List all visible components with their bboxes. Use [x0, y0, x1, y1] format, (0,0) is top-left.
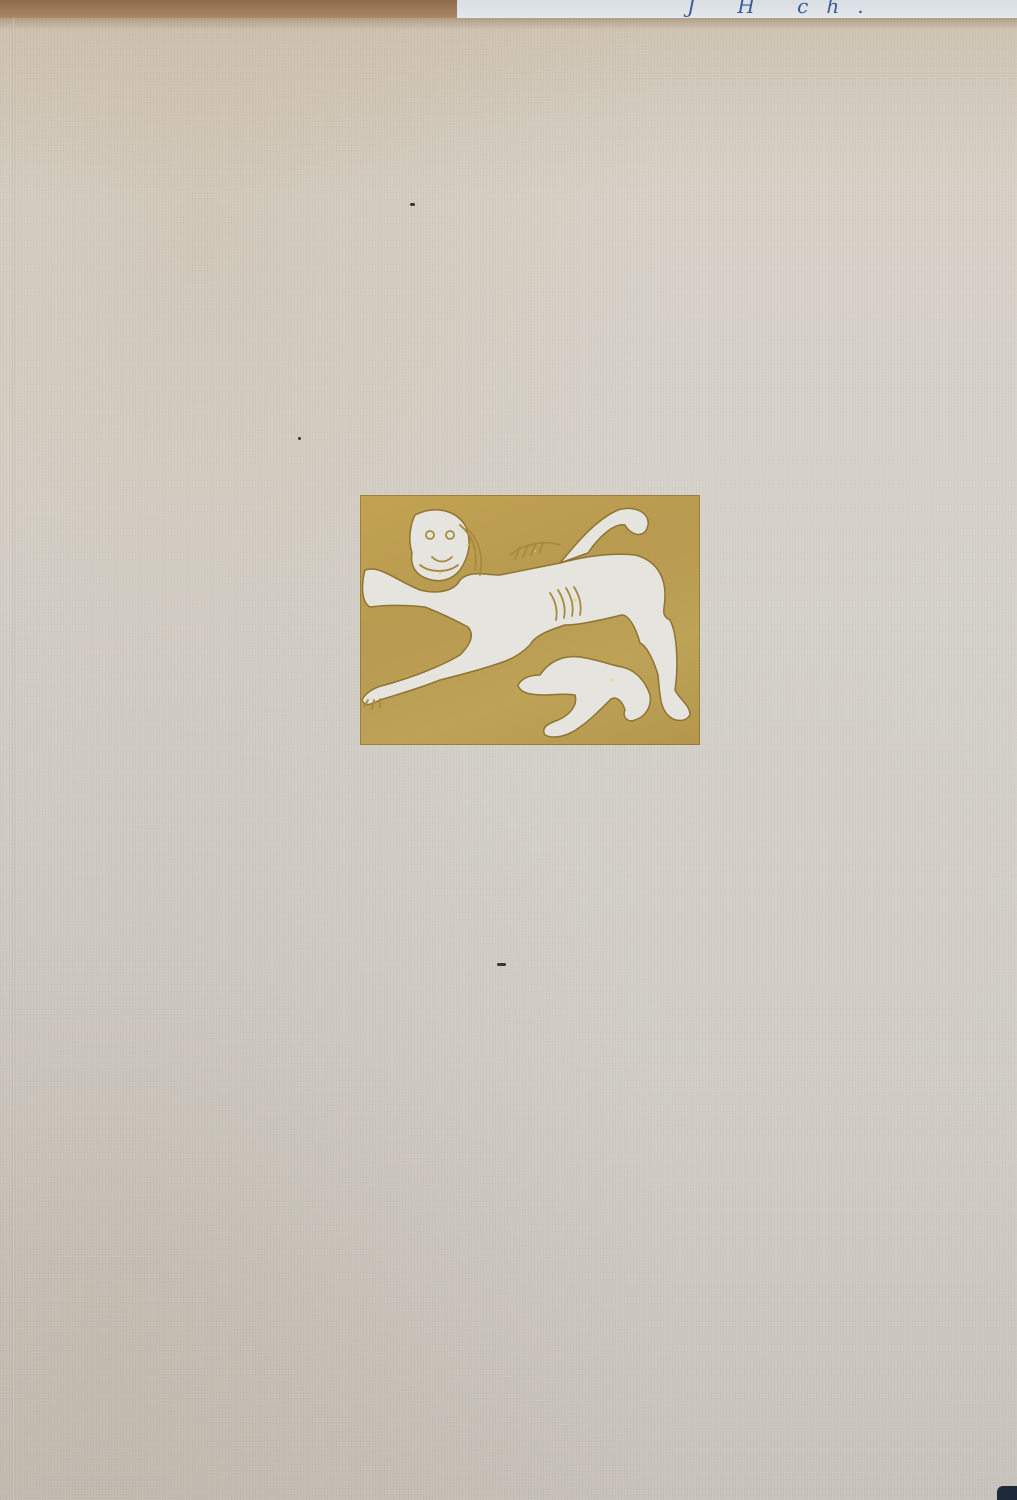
cover-top-edge [0, 18, 1017, 30]
object-corner [997, 1486, 1017, 1500]
paper-slip: J H ch. [457, 0, 1017, 18]
cloth-speck [410, 203, 415, 206]
photo-scene: J H ch. [0, 0, 1017, 1500]
cloth-speck [298, 437, 301, 440]
handwritten-note: J H ch. [687, 0, 882, 18]
cloth-speck [497, 963, 506, 966]
gold-lion-emblem [360, 495, 700, 745]
book-cover [0, 18, 1017, 1500]
spine-hinge [12, 18, 15, 1500]
lion-icon [360, 495, 700, 745]
